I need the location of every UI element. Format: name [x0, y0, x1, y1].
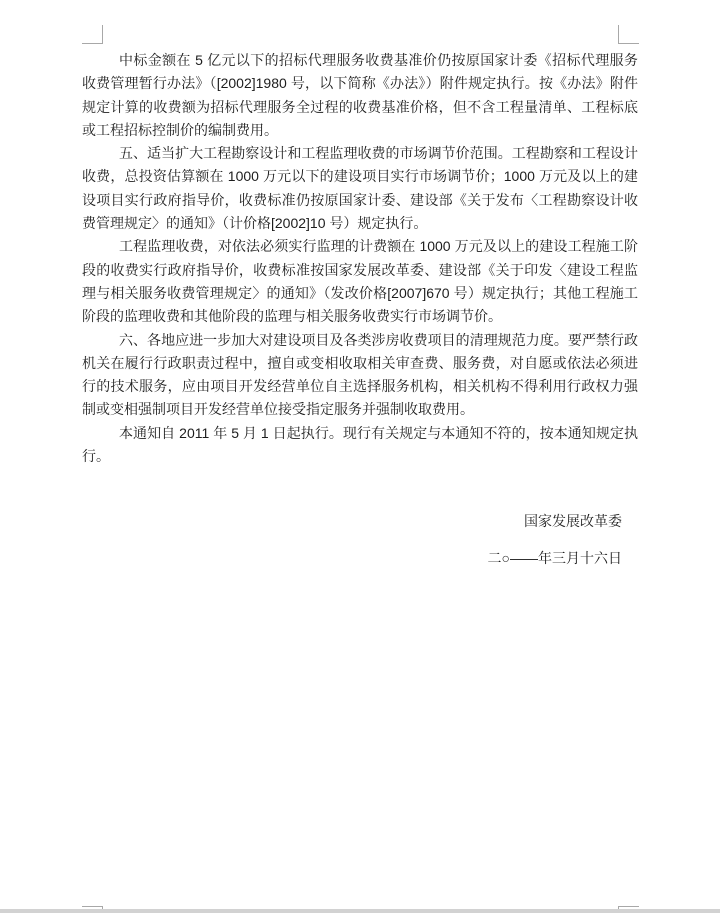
- document-page[interactable]: 中标金额在 5 亿元以下的招标代理服务收费基准价仍按原国家计委《招标代理服务收费…: [0, 0, 720, 913]
- signature-organization: 国家发展改革委: [82, 510, 638, 533]
- paragraph-section-5-survey-design-supervision[interactable]: 五、适当扩大工程勘察设计和工程监理收费的市场调节价范围。工程勘察和工程设计收费，…: [82, 142, 638, 235]
- document-body: 中标金额在 5 亿元以下的招标代理服务收费基准价仍按原国家计委《招标代理服务收费…: [82, 49, 638, 570]
- paragraph-bid-agency-fee-base-price[interactable]: 中标金额在 5 亿元以下的招标代理服务收费基准价仍按原国家计委《招标代理服务收费…: [82, 49, 638, 142]
- signature-date: 二○——年三月十六日: [82, 547, 638, 570]
- crop-mark-top-right: [618, 25, 639, 44]
- paragraph-supervision-fee-pricing[interactable]: 工程监理收费，对依法必须实行监理的计费额在 1000 万元及以上的建设工程施工阶…: [82, 235, 638, 328]
- page-gap-strip: [0, 909, 720, 913]
- crop-mark-top-left: [82, 25, 103, 44]
- paragraph-effective-date[interactable]: 本通知自 2011 年 5 月 1 日起执行。现行有关规定与本通知不符的，按本通…: [82, 422, 638, 469]
- paragraph-section-6-fee-cleanup[interactable]: 六、各地应进一步加大对建设项目及各类涉房收费项目的清理规范力度。要严禁行政机关在…: [82, 329, 638, 422]
